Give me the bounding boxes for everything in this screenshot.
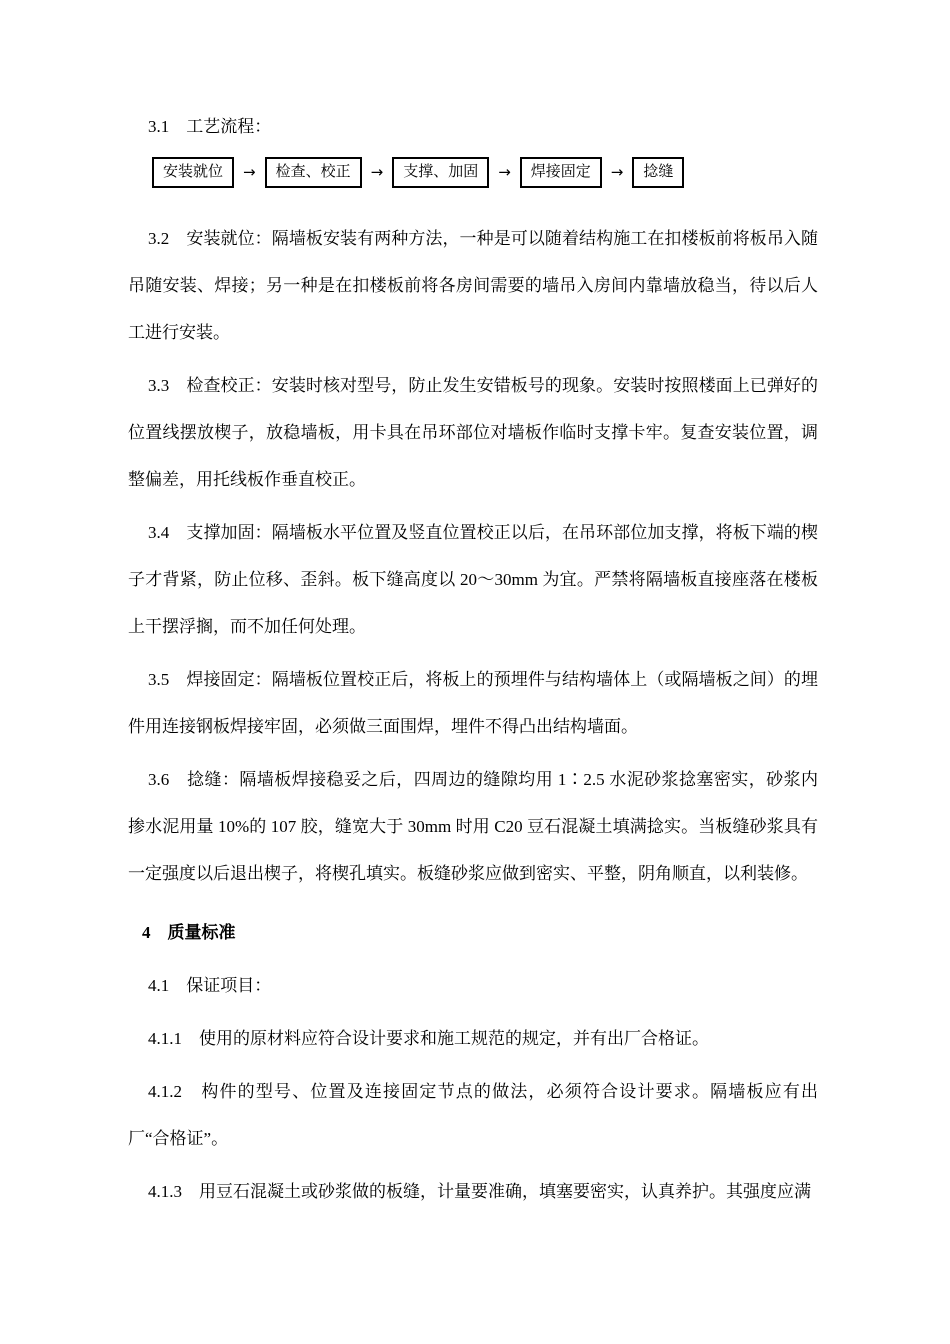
para-3-6-caulking: 3.6 捻缝：隔墙板焊接稳妥之后，四周边的缝隙均用 1∶2.5 水泥砂浆捻塞密实… — [128, 756, 818, 897]
section-3-1-heading: 3.1 工艺流程： — [128, 112, 818, 142]
flow-step-caulking: 捻缝 — [632, 157, 684, 188]
flow-step-support-reinforce: 支撑、加固 — [392, 157, 489, 188]
para-4-1-3-joint-filling: 4.1.3 用豆石混凝土或砂浆做的板缝，计量要准确，填塞要密实，认真养护。其强度… — [128, 1168, 818, 1215]
document-page: 3.1 工艺流程： 安装就位 → 检查、校正 → 支撑、加固 → 焊接固定 → … — [0, 0, 950, 1344]
para-4-1-1-raw-materials: 4.1.1 使用的原材料应符合设计要求和施工规范的规定，并有出厂合格证。 — [128, 1015, 818, 1062]
flow-arrow-icon: → — [498, 162, 511, 183]
process-flowchart: 安装就位 → 检查、校正 → 支撑、加固 → 焊接固定 → 捻缝 — [152, 157, 818, 188]
para-3-2-install-in-place: 3.2 安装就位：隔墙板安装有两种方法，一种是可以随着结构施工在扣楼板前将板吊入… — [128, 215, 818, 356]
para-4-1-2-component-type: 4.1.2 构件的型号、位置及连接固定节点的做法，必须符合设计要求。隔墙板应有出… — [128, 1068, 818, 1162]
flow-arrow-icon: → — [371, 162, 384, 183]
para-3-5-weld-fix: 3.5 焊接固定：隔墙板位置校正后，将板上的预埋件与结构墙体上（或隔墙板之间）的… — [128, 656, 818, 750]
flow-arrow-icon: → — [243, 162, 256, 183]
para-3-4-support-reinforce: 3.4 支撑加固：隔墙板水平位置及竖直位置校正以后，在吊环部位加支撑，将板下端的… — [128, 509, 818, 650]
para-3-3-check-correct: 3.3 检查校正：安装时核对型号，防止发生安错板号的现象。安装时按照楼面上已弹好… — [128, 362, 818, 503]
flow-arrow-icon: → — [611, 162, 624, 183]
section-4-heading-quality-standard: 4 质量标准 — [128, 909, 818, 956]
flow-step-install-in-place: 安装就位 — [152, 157, 234, 188]
flow-step-weld-fix: 焊接固定 — [520, 157, 602, 188]
flow-step-check-correct: 检查、校正 — [265, 157, 362, 188]
para-4-1-guarantee-items: 4.1 保证项目： — [128, 962, 818, 1009]
